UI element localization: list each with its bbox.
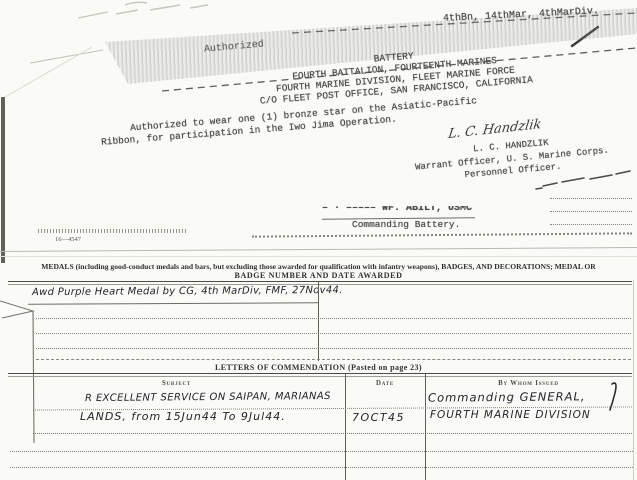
letters-column-divider-date: [345, 374, 346, 480]
section-rule-heavy: [8, 281, 632, 282]
letters-heading: LETTERS OF COMMENDATION (Pasted on page …: [0, 363, 637, 372]
medals-column-divider: [318, 281, 319, 361]
top-sheet-edge-line: [30, 50, 103, 63]
form-number: 16—4547: [55, 236, 81, 243]
commendation-issuer-line1: Commanding GENERAL,: [428, 389, 586, 404]
ruled-line: [36, 348, 631, 349]
column-header-date: Date: [345, 380, 425, 387]
commendation-issuer-line2: FOURTH MARINE DIVISION: [430, 409, 591, 421]
hatch-rule: [38, 229, 188, 233]
section-rule-heavy: [8, 373, 632, 374]
ruled-line: [550, 198, 632, 199]
medals-heading-line1: MEDALS (including good-conduct medals an…: [0, 262, 637, 271]
overlap-sheet-edge: [33, 311, 34, 443]
medal-entry-handwritten: Awd Purple Heart Medal by CG, 4th MarDiv…: [32, 285, 343, 298]
countersign-name: – · ––––– WF. ABILT, USMC: [322, 206, 492, 214]
ruled-line: [550, 211, 632, 212]
column-header-subject: Subject: [8, 380, 345, 387]
commendation-subject-line2: LANDS, from 15Jun44 To 9Jul44.: [80, 410, 286, 423]
countersign-title: Commanding Battery.: [352, 219, 460, 230]
scanned-service-record-page: 4thBn, 14thMar, 4thMarDiv. Authorized BA…: [0, 0, 637, 480]
letters-column-divider-issuer: [425, 374, 426, 480]
ruled-line: [36, 359, 631, 360]
column-header-issuer: By Whom Issued: [425, 380, 632, 387]
ruled-line: [33, 433, 632, 434]
medals-heading-line2: BADGE NUMBER AND DATE AWARDED: [0, 271, 637, 280]
section-rule-light: [8, 376, 632, 377]
ruled-line: [10, 467, 633, 468]
ruled-line: [36, 318, 631, 319]
pencil-scribble-marks: [78, 2, 208, 18]
ruled-line: [550, 224, 632, 225]
commendation-date: 7OCT45: [352, 411, 405, 424]
sheet-corner-line: [5, 47, 92, 97]
form-top-edge: [0, 256, 637, 257]
ruled-line: [36, 333, 631, 334]
page-right-edge: [633, 280, 634, 480]
countersign-name-clipped: – · ––––– WF. ABILT, USMC: [322, 206, 492, 217]
ruled-line: [10, 451, 633, 452]
commendation-subject-line1: R EXCELLENT SERVICE ON SAIPAN, MARIANAS: [85, 391, 331, 404]
